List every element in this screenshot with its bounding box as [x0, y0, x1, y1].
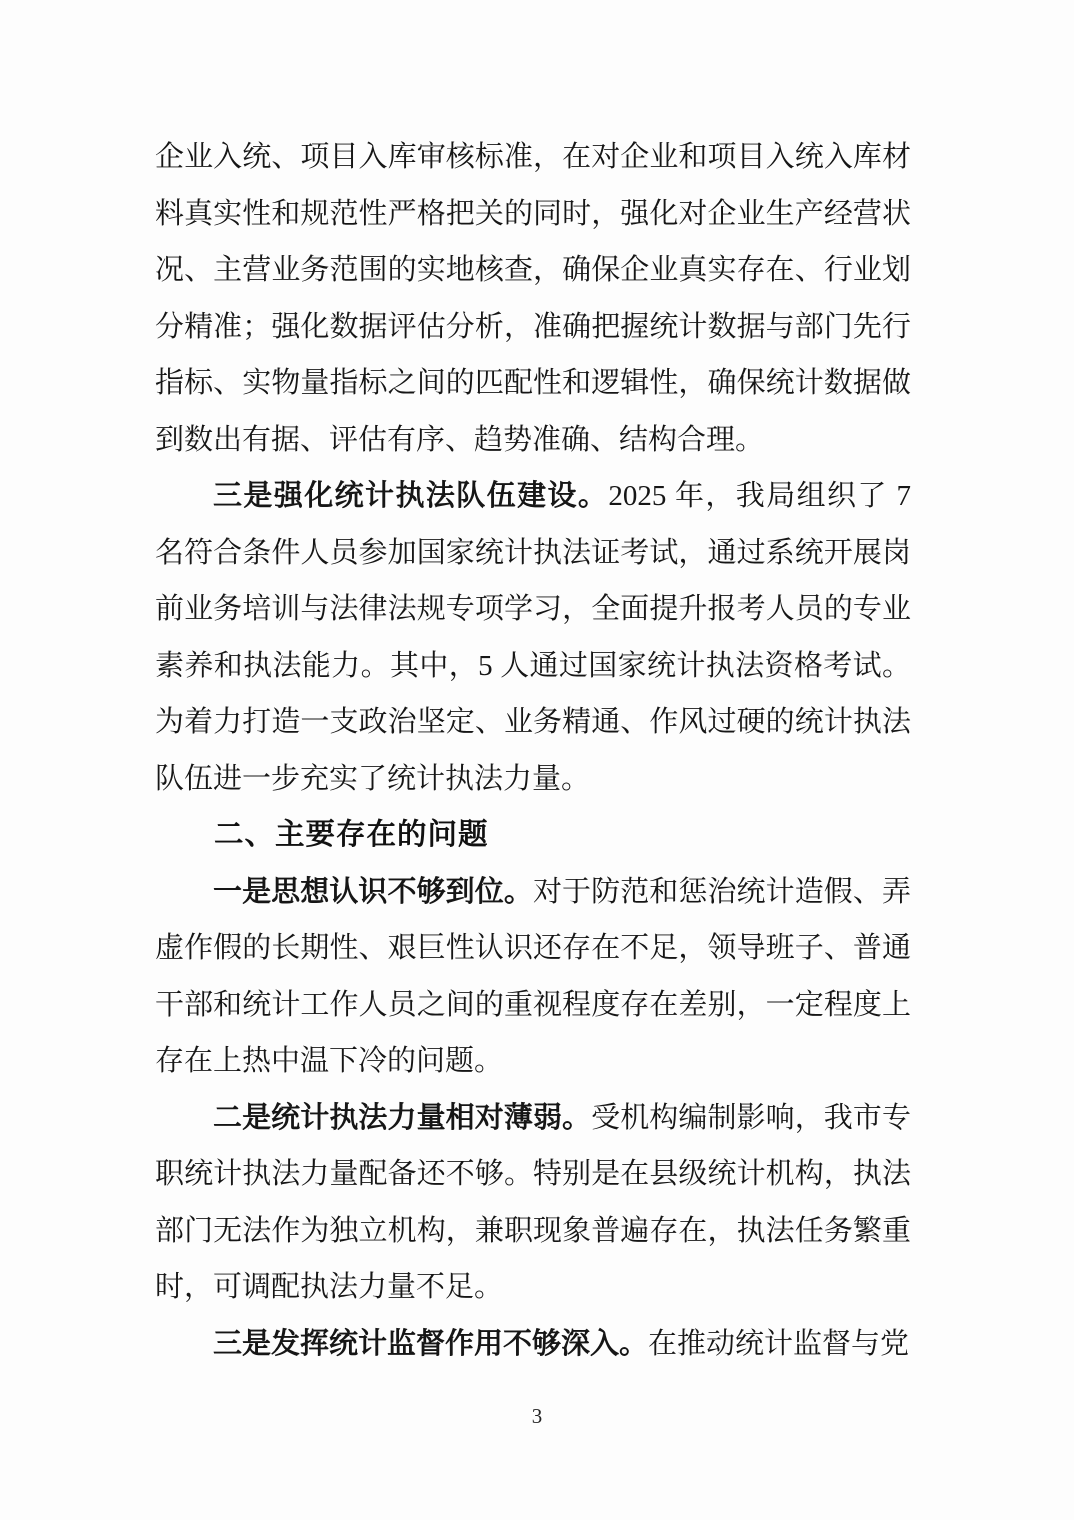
- paragraph: 三是强化统计执法队伍建设。2025 年，我局组织了 7 名符合条件人员参加国家统…: [155, 468, 911, 807]
- paragraph: 三是发挥统计监督作用不够深入。在推动统计监督与党: [155, 1316, 911, 1373]
- paragraph-text: 在推动统计监督与党: [648, 1328, 909, 1360]
- paragraph-continuation: 企业入统、项目入库审核标准，在对企业和项目入统入库材料真实性和规范性严格把关的同…: [155, 129, 911, 468]
- paragraph: 一是思想认识不够到位。对于防范和惩治统计造假、弄虚作假的长期性、艰巨性认识还存在…: [155, 864, 911, 1090]
- paragraph-text: 2025 年，我局组织了 7 名符合条件人员参加国家统计执法证考试，通过系统开展…: [155, 480, 911, 795]
- document-page: 企业入统、项目入库审核标准，在对企业和项目入统入库材料真实性和规范性严格把关的同…: [0, 0, 1074, 1520]
- paragraph-lead: 三是发挥统计监督作用不够深入。: [213, 1328, 648, 1360]
- paragraph-lead: 二是统计执法力量相对薄弱。: [213, 1102, 591, 1134]
- paragraph-lead: 一是思想认识不够到位。: [213, 876, 533, 908]
- document-body: 企业入统、项目入库审核标准，在对企业和项目入统入库材料真实性和规范性严格把关的同…: [155, 129, 911, 1372]
- section-heading: 二、主要存在的问题: [155, 807, 911, 864]
- paragraph: 二是统计执法力量相对薄弱。受机构编制影响，我市专职统计执法力量配备还不够。特别是…: [155, 1090, 911, 1316]
- paragraph-lead: 三是强化统计执法队伍建设。: [213, 480, 608, 512]
- paragraph-text: 企业入统、项目入库审核标准，在对企业和项目入统入库材料真实性和规范性严格把关的同…: [155, 141, 911, 456]
- page-number: 3: [0, 1402, 1074, 1430]
